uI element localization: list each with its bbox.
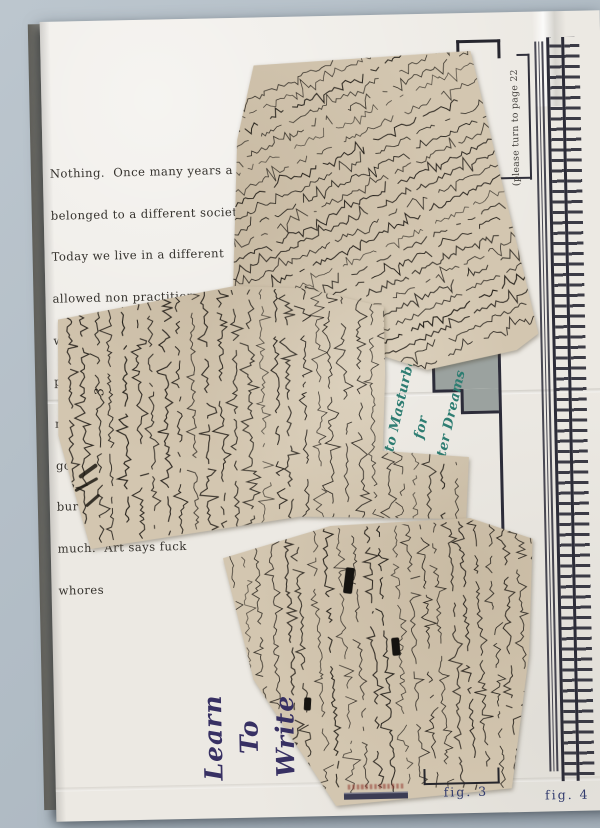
pasted-handwritten-note-bottom	[40, 10, 600, 822]
figure3-label: fig. 3	[428, 783, 504, 800]
imprint-text-line	[348, 783, 404, 789]
write-note-line: Learn	[194, 667, 233, 808]
pasted-note-bottom-wrap	[40, 10, 600, 822]
write-note-line: To	[230, 666, 269, 807]
printer-imprint	[344, 783, 410, 799]
imprint-stamp-bar	[344, 791, 408, 799]
scanned-zine-page: Nothing. Once many years a belonged to a…	[40, 10, 600, 822]
photo-background: Nothing. Once many years a belonged to a…	[0, 0, 600, 828]
write-note-line: Write	[266, 666, 305, 807]
handwritten-numeral: 3	[92, 388, 106, 396]
learn-to-write-note: Learn To Write	[194, 666, 307, 808]
figure4-label: fig. 4	[545, 787, 590, 803]
figure3-frame-bracket	[423, 767, 499, 785]
ink-blotch	[391, 637, 401, 656]
